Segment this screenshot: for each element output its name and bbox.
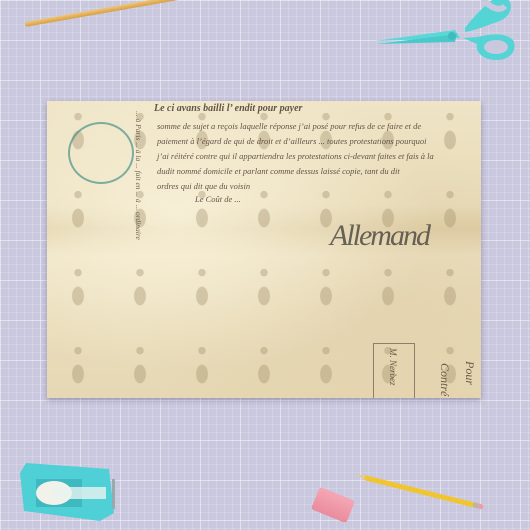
- script-line-4: j’ai réitéré contre qui il appartiendra …: [157, 151, 434, 161]
- side-text-pour: Pour: [462, 361, 477, 385]
- tape-dispenser: [14, 459, 122, 523]
- decoupage-paper: Le ci avans bailli l’ endit pour payer s…: [47, 101, 481, 398]
- vertical-script-text: ... à Paris ... à la ... fait en ... à .…: [134, 111, 143, 240]
- scissors: [365, 0, 525, 70]
- signature: Allemand: [330, 219, 429, 253]
- round-postmark-stamp: [68, 122, 134, 184]
- script-line-6: ordres qui dit que du voisin: [157, 181, 250, 191]
- script-line-2: somme de sujet a reçois laquelle réponse…: [157, 121, 421, 131]
- box-stamp-text: M. Nerbez: [388, 348, 398, 386]
- script-line-1: Le ci avans bailli l’ endit pour payer: [154, 103, 302, 114]
- script-line-7: Le Coût de ...: [195, 194, 241, 204]
- script-line-3: paiement à l’égard de qui de droit et d’…: [157, 136, 427, 146]
- side-text-contre: Contré: [437, 363, 452, 396]
- script-line-5: dudit nommé domicile et parlant comme de…: [157, 166, 400, 176]
- box-stamp: M. Nerbez: [373, 343, 415, 398]
